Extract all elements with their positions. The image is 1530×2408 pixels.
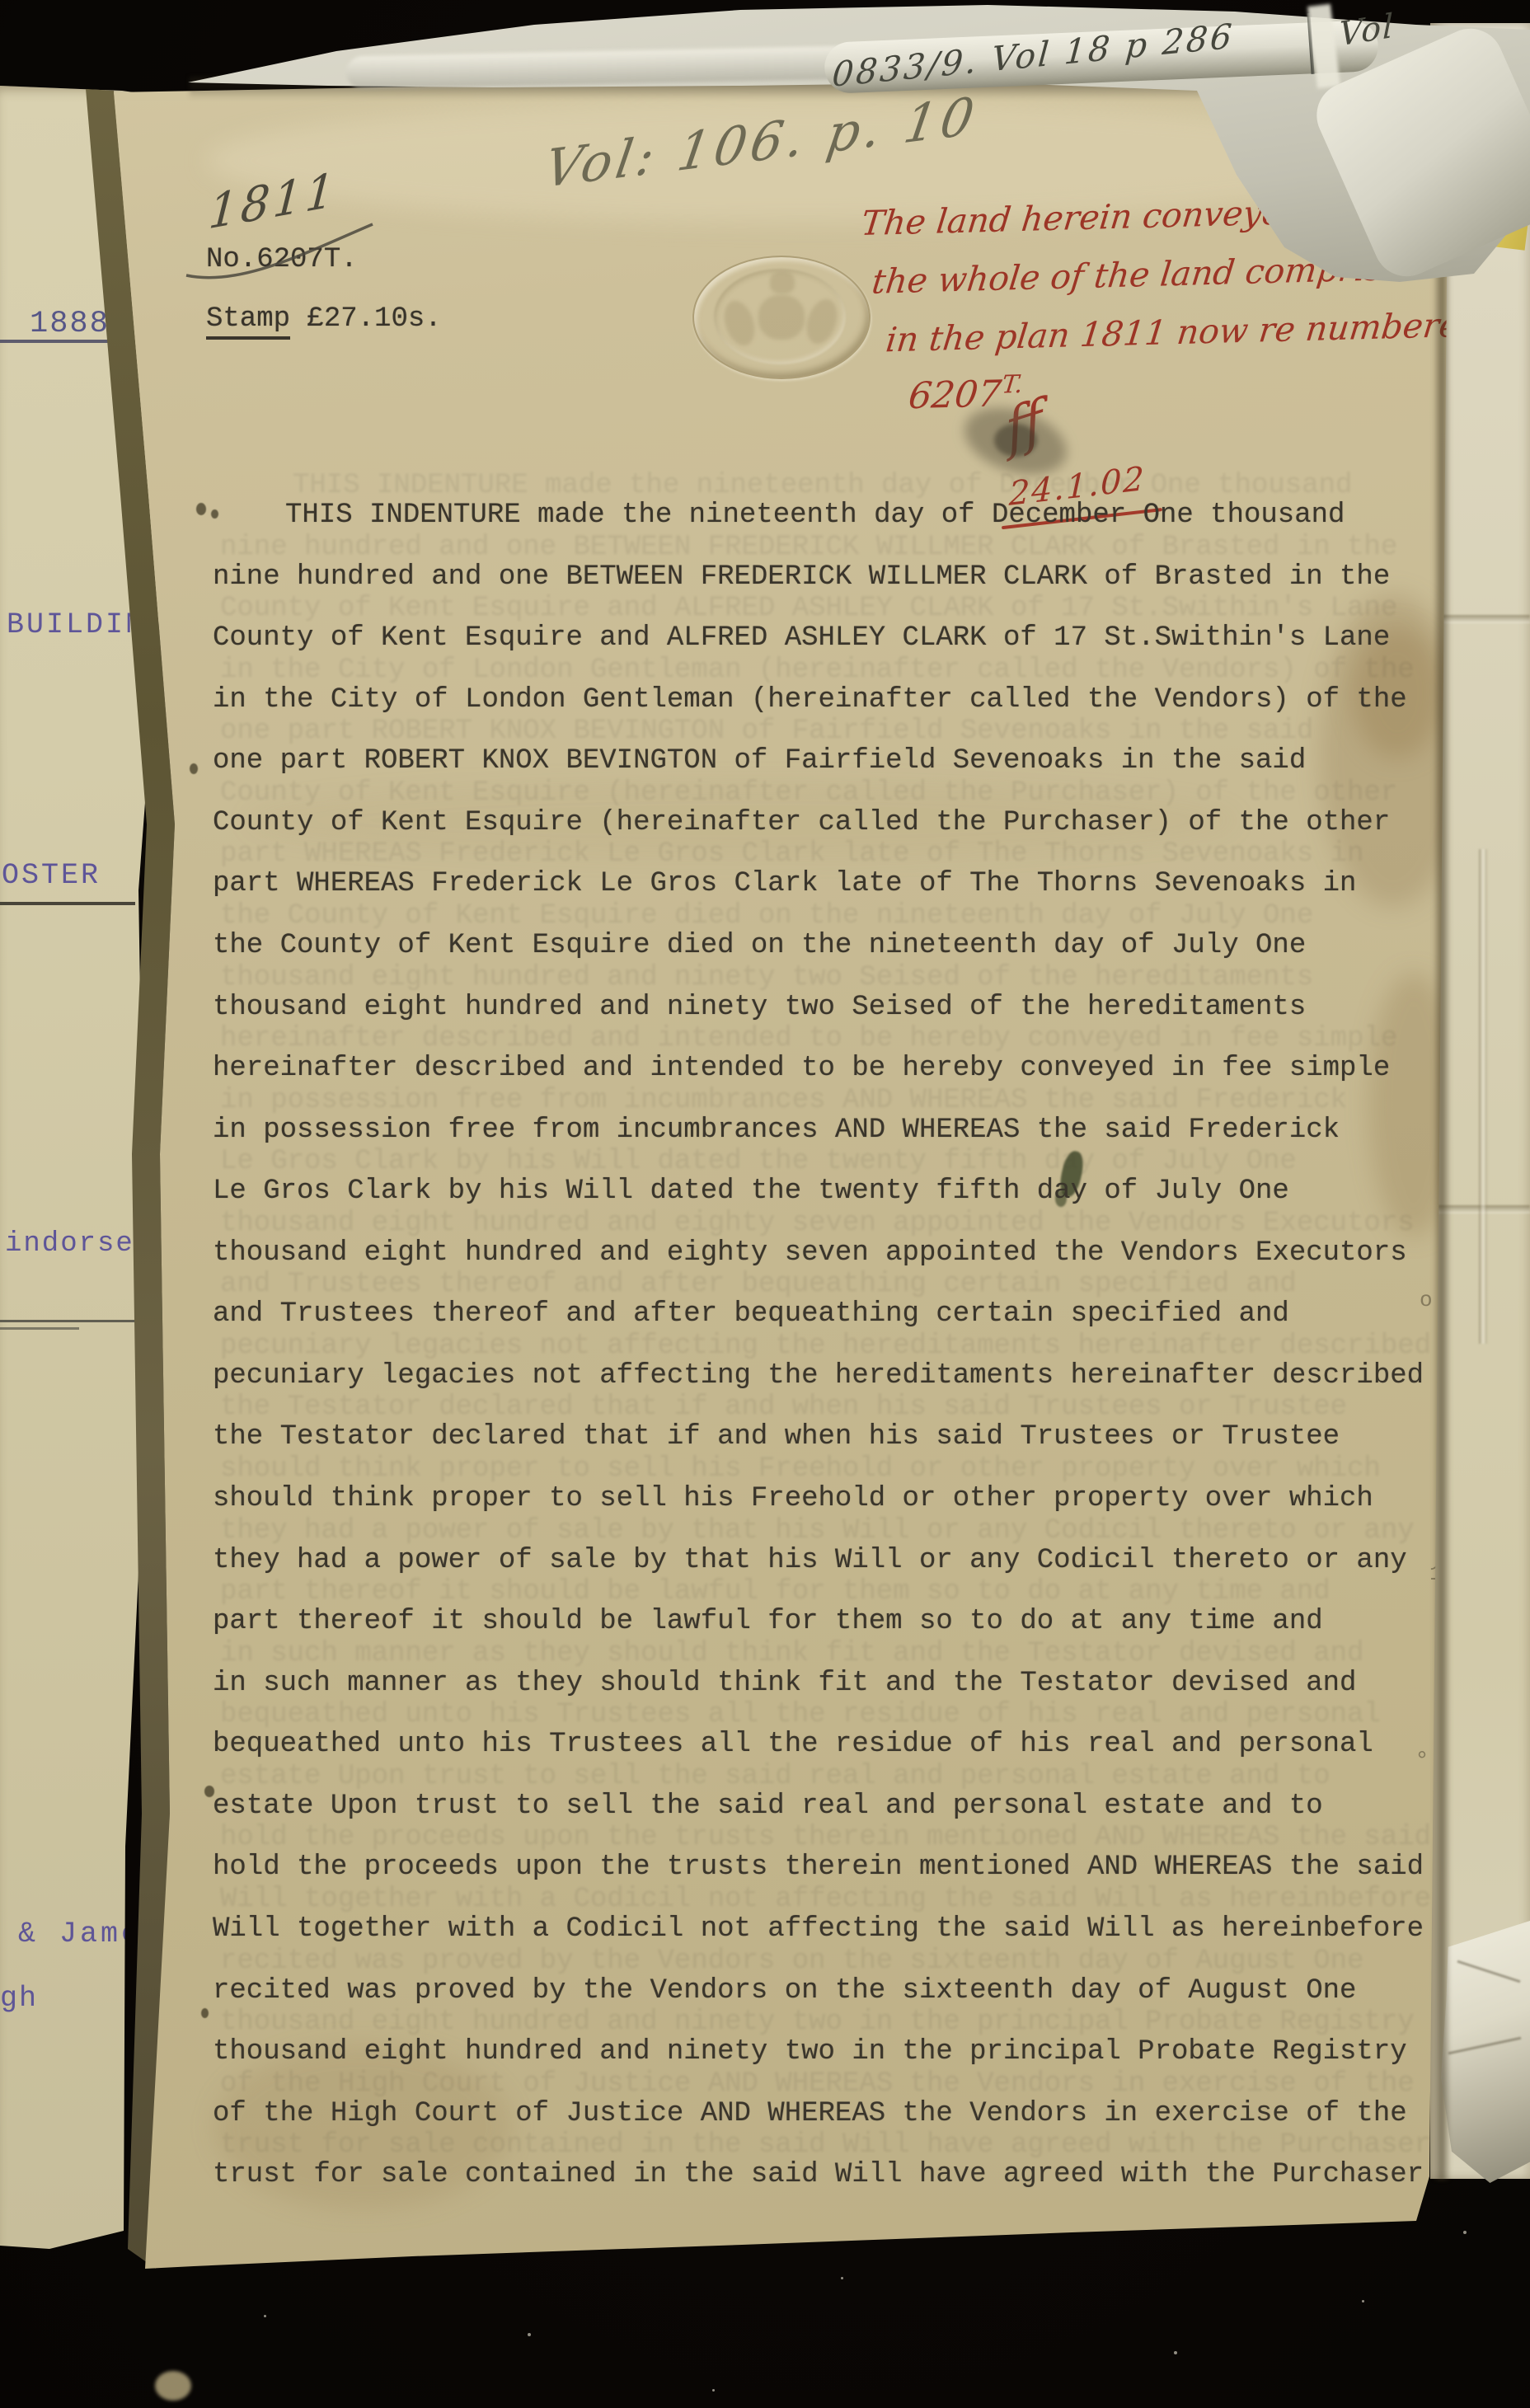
dust-speck	[264, 2315, 266, 2317]
body-line: the County of Kent Esquire died on the n…	[213, 915, 1466, 977]
binding-hole	[196, 503, 206, 515]
body-line: and Trustees thereof and after bequeathi…	[213, 1284, 1466, 1345]
year-underline	[0, 340, 124, 343]
vertical-fold	[1479, 849, 1487, 1344]
seal-shield-motif	[758, 295, 805, 340]
body-line: one part ROBERT KNOX BEVINGTON of Fairfi…	[213, 730, 1466, 792]
page-edge-shadow	[1433, 82, 1451, 2180]
body-line: they had a power of sale by that his Wil…	[213, 1530, 1466, 1592]
body-line: nine hundred and one BETWEEN FREDERICK W…	[213, 547, 1466, 608]
margin-mark: o	[1420, 1288, 1433, 1312]
body-line: in the City of London Gentleman (hereina…	[213, 669, 1466, 731]
body-line: hold the proceeds upon the trusts therei…	[213, 1837, 1466, 1899]
body-line: recited was proved by the Vendors on the…	[213, 1960, 1466, 2022]
body-line: THIS INDENTURE made the nineteenth day o…	[213, 485, 1466, 547]
seal-crown-motif	[770, 272, 795, 293]
left-page-fragment-building: BUILDIN	[7, 608, 145, 641]
main-document-page: No.6207T. Stamp £27.10s. 1811 Vol: 106. …	[0, 0, 1530, 2408]
body-line: County of Kent Esquire (hereinafter call…	[213, 792, 1466, 854]
body-line: thousand eight hundred and ninety two in…	[213, 2021, 1466, 2083]
body-line: County of Kent Esquire and ALFRED ASHLEY…	[213, 608, 1466, 669]
body-line: thousand eight hundred and eighty seven …	[213, 1223, 1466, 1284]
bottom-right-crumpled-paper	[1441, 1921, 1530, 2183]
stamp-label: Stamp	[206, 303, 290, 340]
stamp-duty-line: Stamp £27.10s.	[206, 303, 442, 335]
body-line: bequeathed unto his Trustees all the res…	[213, 1714, 1466, 1776]
typed-body-text: THIS INDENTURE made the nineteenth day o…	[213, 485, 1466, 2206]
body-line: trust for sale contained in the said Wil…	[213, 2144, 1466, 2206]
left-page-fragment-oster: OSTER	[2, 859, 101, 892]
ink-smudge	[994, 424, 1037, 457]
body-line: part WHEREAS Frederick Le Gros Clark lat…	[213, 853, 1466, 915]
royal-coat-of-arms-embossed-seal	[692, 256, 871, 379]
body-line: part thereof it should be lawful for the…	[213, 1591, 1466, 1653]
body-line: Le Gros Clark by his Will dated the twen…	[213, 1161, 1466, 1223]
left-page-fragment-indorsed: indorsed	[5, 1228, 153, 1260]
binding-hole	[190, 763, 198, 774]
body-line: estate Upon trust to sell the said real …	[213, 1776, 1466, 1838]
body-line: should think proper to sell his Freehold…	[213, 1468, 1466, 1530]
dust-speck	[1362, 2300, 1364, 2302]
body-line: of the High Court of Justice AND WHEREAS…	[213, 2083, 1466, 2145]
dust-speck	[1463, 2231, 1467, 2234]
left-page-rule	[0, 1327, 79, 1330]
body-line: hereinafter described and intended to be…	[213, 1038, 1466, 1100]
body-line: pecuniary legacies not affecting the her…	[213, 1345, 1466, 1407]
margin-mark: °	[1415, 1748, 1429, 1776]
left-page-rule	[0, 902, 135, 905]
paper-scrap	[155, 2371, 191, 2401]
dust-speck	[1174, 2351, 1177, 2354]
body-line: thousand eight hundred and ninety two Se…	[213, 977, 1466, 1039]
body-line: in possession free from incumbrances AND…	[213, 1100, 1466, 1162]
photograph-of-indenture-document: 1888. BUILDIN OSTER indorsed & James gh …	[0, 0, 1530, 2408]
dust-speck	[712, 2389, 715, 2392]
body-line: in such manner as they should think fit …	[213, 1653, 1466, 1715]
stamp-amount: £27.10s.	[290, 303, 442, 335]
left-page-fragment-gh: gh	[0, 1982, 38, 2015]
dust-speck	[528, 2333, 531, 2336]
dust-speck	[841, 2277, 843, 2279]
body-line: Will together with a Codicil not affecti…	[213, 1899, 1466, 1960]
body-line: the Testator declared that if and when h…	[213, 1406, 1466, 1468]
binding-hole	[201, 2008, 209, 2018]
left-page-rule	[0, 1320, 142, 1322]
plan-number-underline-flourish	[183, 216, 381, 287]
